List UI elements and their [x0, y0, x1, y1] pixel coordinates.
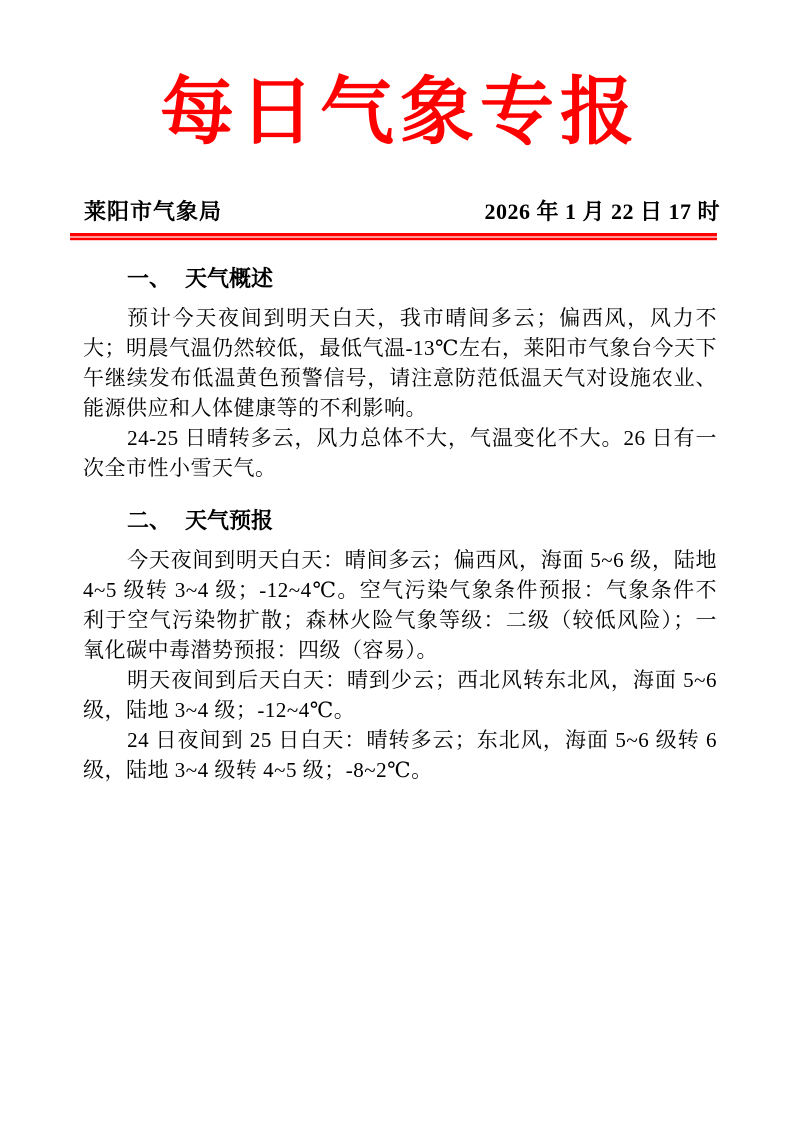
- forecast-paragraph-tomorrow-night: 明天夜间到后天白天：晴到少云；西北风转东北风，海面 5~6 级，陆地 3~4 级…: [83, 665, 717, 725]
- section-title: 天气预报: [185, 508, 273, 533]
- section-number: 二、: [127, 508, 171, 533]
- document-body: 一、天气概述 预计今天夜间到明天白天，我市晴间多云；偏西风，风力不大；明晨气温仍…: [83, 265, 717, 785]
- issue-datetime: 2026 年 1 月 22 日 17 时: [484, 198, 720, 226]
- document-title: 每日气象专报: [0, 76, 800, 150]
- forecast-paragraph-24th-25th: 24 日夜间到 25 日白天：晴转多云；东北风，海面 5~6 级转 6 级，陆地…: [83, 725, 717, 785]
- document-meta-row: 莱阳市气象局 2026 年 1 月 22 日 17 时: [84, 198, 720, 226]
- forecast-paragraph-today-tomorrow: 今天夜间到明天白天：晴间多云；偏西风，海面 5~6 级，陆地 4~5 级转 3~…: [83, 545, 717, 665]
- section-heading-weather-forecast: 二、天气预报: [83, 507, 717, 535]
- document-page: 每日气象专报 莱阳市气象局 2026 年 1 月 22 日 17 时 一、天气概…: [0, 0, 800, 1131]
- overview-paragraph-forecast-tonight: 预计今天夜间到明天白天，我市晴间多云；偏西风，风力不大；明晨气温仍然较低，最低气…: [83, 303, 717, 423]
- section-number: 一、: [127, 266, 171, 291]
- section-heading-weather-overview: 一、天气概述: [83, 265, 717, 293]
- overview-paragraph-outlook: 24-25 日晴转多云，风力总体不大，气温变化不大。26 日有一次全市性小雪天气…: [83, 423, 717, 483]
- section-title: 天气概述: [185, 266, 273, 291]
- issuing-agency: 莱阳市气象局: [84, 198, 222, 226]
- header-divider-rule: [70, 233, 717, 241]
